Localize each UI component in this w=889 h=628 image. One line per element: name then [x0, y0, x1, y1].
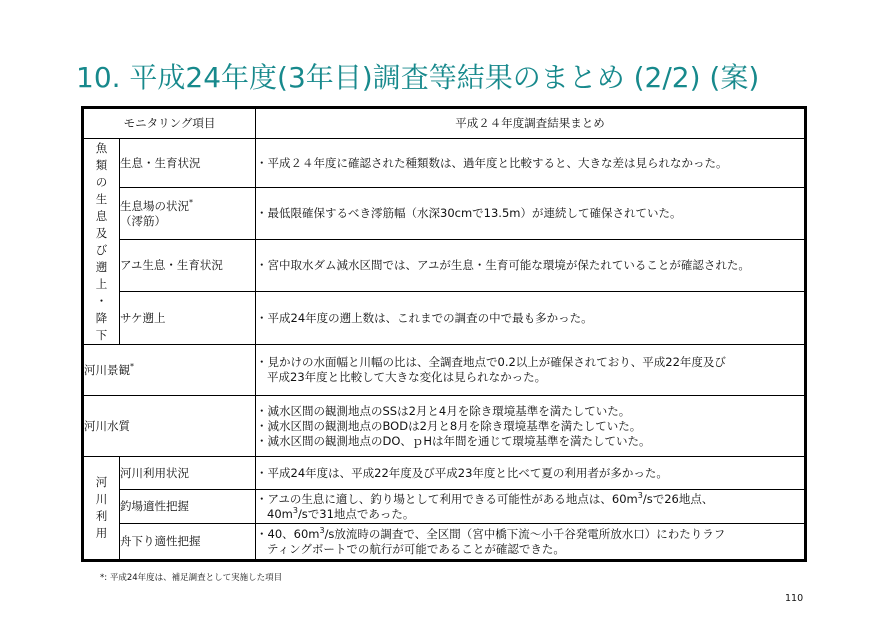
table-row: アユ生息・生育状況 ・宮中取水ダム減水区間では、アユが生息・生育可能な環境が保た… [83, 240, 806, 292]
group-label-fish: 魚 類 の 生 息 及 び 遡 上 ・ 降 下 [83, 139, 120, 345]
page-title: 10. 平成24年度(3年目)調査等結果のまとめ (2/2) (案) [76, 58, 856, 98]
table-header-row: モニタリング項目 平成２４年度調査結果まとめ [83, 108, 806, 139]
table-row: 舟下り適性把握 ・40、60m3/s放流時の調査で、全区間（宮中橋下流～小千谷発… [83, 524, 806, 561]
page-number: 110 [785, 593, 803, 605]
footnote: *: 平成24年度は、補足調査として実施した項目 [100, 572, 282, 584]
result-cell: ・平成２４年度に確認された種類数は、過年度と比較すると、大きな差は見られなかった… [256, 139, 806, 188]
result-cell: ・見かけの水面幅と川幅の比は、全調査地点で0.2以上が確保されており、平成22年… [256, 345, 806, 396]
result-cell: ・宮中取水ダム減水区間では、アユが生息・生育可能な環境が保たれていることが確認さ… [256, 240, 806, 292]
table-row: 生息場の状況* （澪筋） ・最低限確保するべき澪筋幅（水深30cmで13.5m）… [83, 188, 806, 240]
summary-table: モニタリング項目 平成２４年度調査結果まとめ 魚 類 の 生 息 及 び 遡 上… [81, 106, 807, 562]
result-cell: ・アユの生息に適し、釣り場として利用できる可能性がある地点は、60m3/sで26… [256, 490, 806, 524]
header-result-summary: 平成２４年度調査結果まとめ [256, 108, 806, 139]
table-row: 河 川 利 用 河川利用状況 ・平成24年度は、平成22年度及び平成23年度と比… [83, 457, 806, 490]
item-cell: 釣場適性把握 [120, 490, 256, 524]
result-cell: ・減水区間の観測地点のSSは2月と4月を除き環境基準を満たしていた。 ・減水区間… [256, 396, 806, 457]
result-cell: ・平成24年度の遡上数は、これまでの調査の中で最も多かった。 [256, 292, 806, 345]
table-row: 河川水質 ・減水区間の観測地点のSSは2月と4月を除き環境基準を満たしていた。 … [83, 396, 806, 457]
result-cell: ・最低限確保するべき澪筋幅（水深30cmで13.5m）が連続して確保されていた。 [256, 188, 806, 240]
item-cell: 生息場の状況* （澪筋） [120, 188, 256, 240]
result-cell: ・平成24年度は、平成22年度及び平成23年度と比べて夏の利用者が多かった。 [256, 457, 806, 490]
item-cell: アユ生息・生育状況 [120, 240, 256, 292]
table-row: 釣場適性把握 ・アユの生息に適し、釣り場として利用できる可能性がある地点は、60… [83, 490, 806, 524]
item-cell: 河川景観* [83, 345, 256, 396]
item-cell: 舟下り適性把握 [120, 524, 256, 561]
item-cell: 生息・生育状況 [120, 139, 256, 188]
table-row: サケ遡上 ・平成24年度の遡上数は、これまでの調査の中で最も多かった。 [83, 292, 806, 345]
item-cell: 河川利用状況 [120, 457, 256, 490]
result-cell: ・40、60m3/s放流時の調査で、全区間（宮中橋下流～小千谷発電所放水口）にわ… [256, 524, 806, 561]
table-row: 河川景観* ・見かけの水面幅と川幅の比は、全調査地点で0.2以上が確保されており… [83, 345, 806, 396]
item-cell: サケ遡上 [120, 292, 256, 345]
table-row: 魚 類 の 生 息 及 び 遡 上 ・ 降 下 生息・生育状況 ・平成２４年度に… [83, 139, 806, 188]
header-monitoring-item: モニタリング項目 [83, 108, 256, 139]
group-label-river-use: 河 川 利 用 [83, 457, 120, 561]
item-cell: 河川水質 [83, 396, 256, 457]
